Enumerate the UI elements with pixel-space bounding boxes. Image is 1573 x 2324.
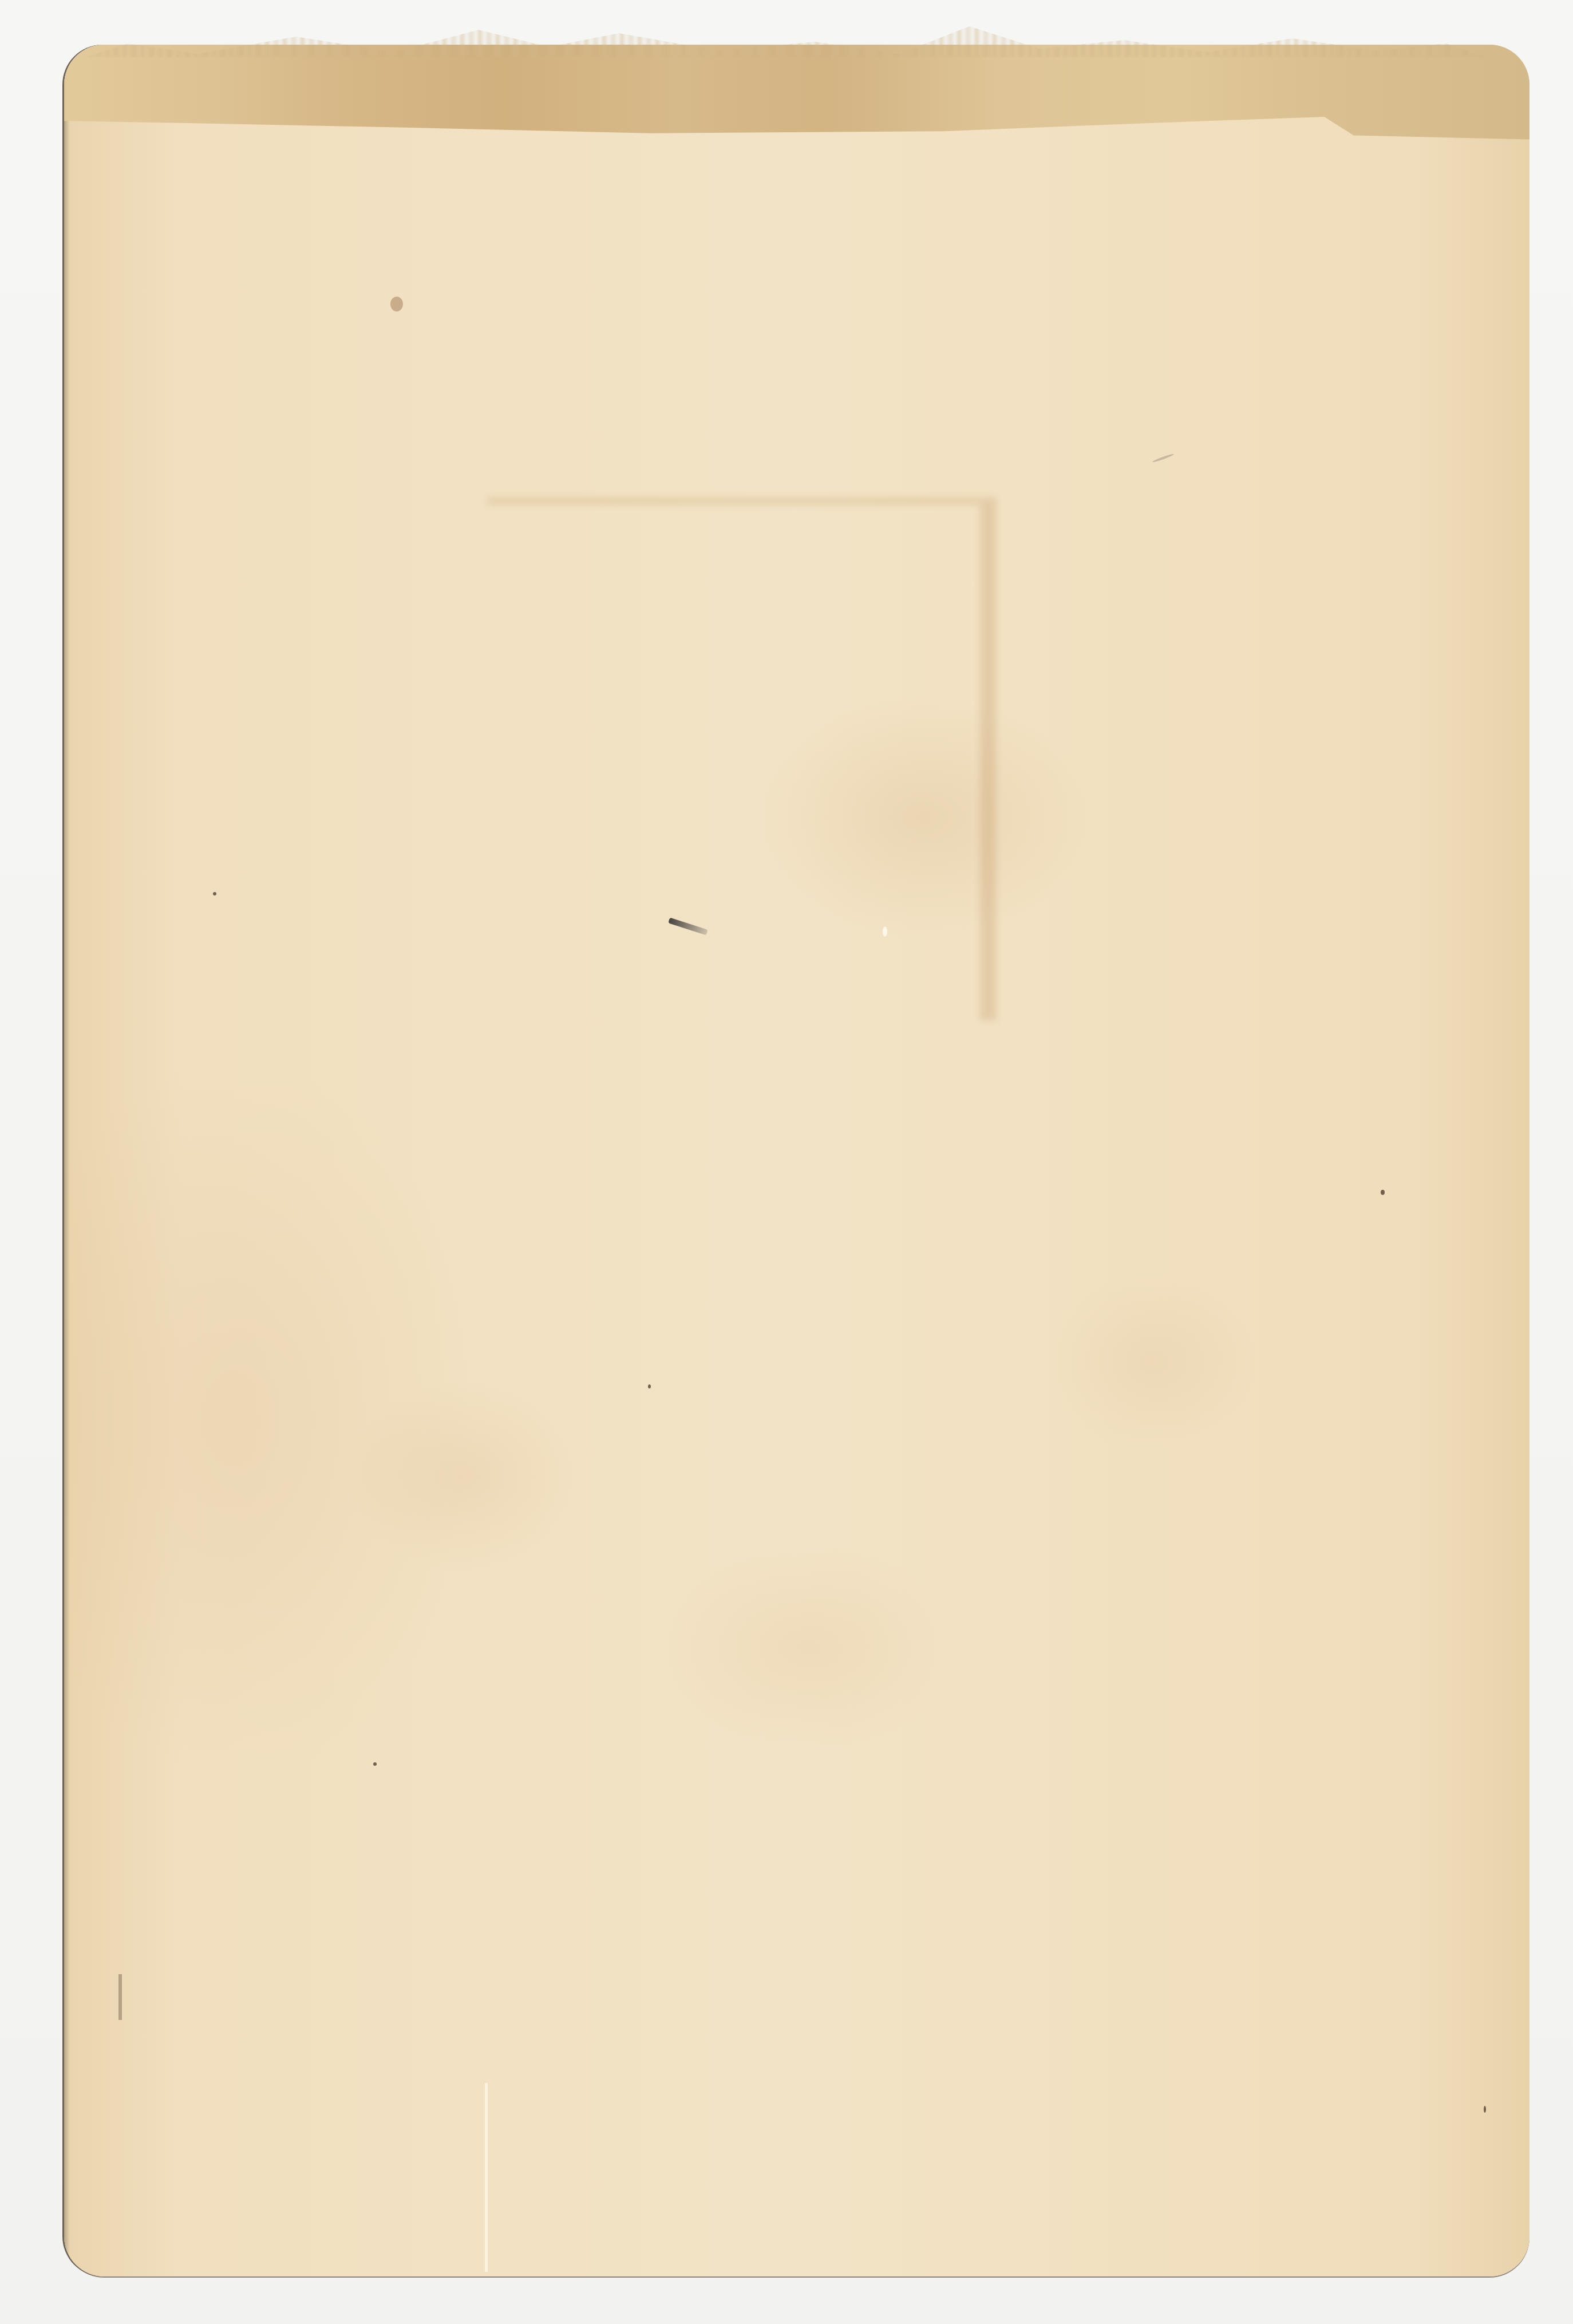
crease-mark: [485, 2083, 488, 2272]
crease-mark: [118, 1974, 122, 2020]
foxing-spot: [1484, 2106, 1486, 2113]
foxing-spot: [1381, 1190, 1385, 1195]
foxing-spot: [213, 892, 216, 895]
foxing-spot: [1152, 453, 1175, 463]
cabinet-card-back: [64, 45, 1529, 2276]
card-left-edge: [64, 45, 70, 2276]
foxing-spot: [390, 297, 403, 311]
foxing-spot: [373, 1762, 377, 1766]
stain-outline: [488, 497, 996, 1020]
foxing-spot: [648, 1384, 651, 1388]
foxing-spot: [883, 926, 887, 937]
paper-residue-band: [64, 45, 1529, 148]
